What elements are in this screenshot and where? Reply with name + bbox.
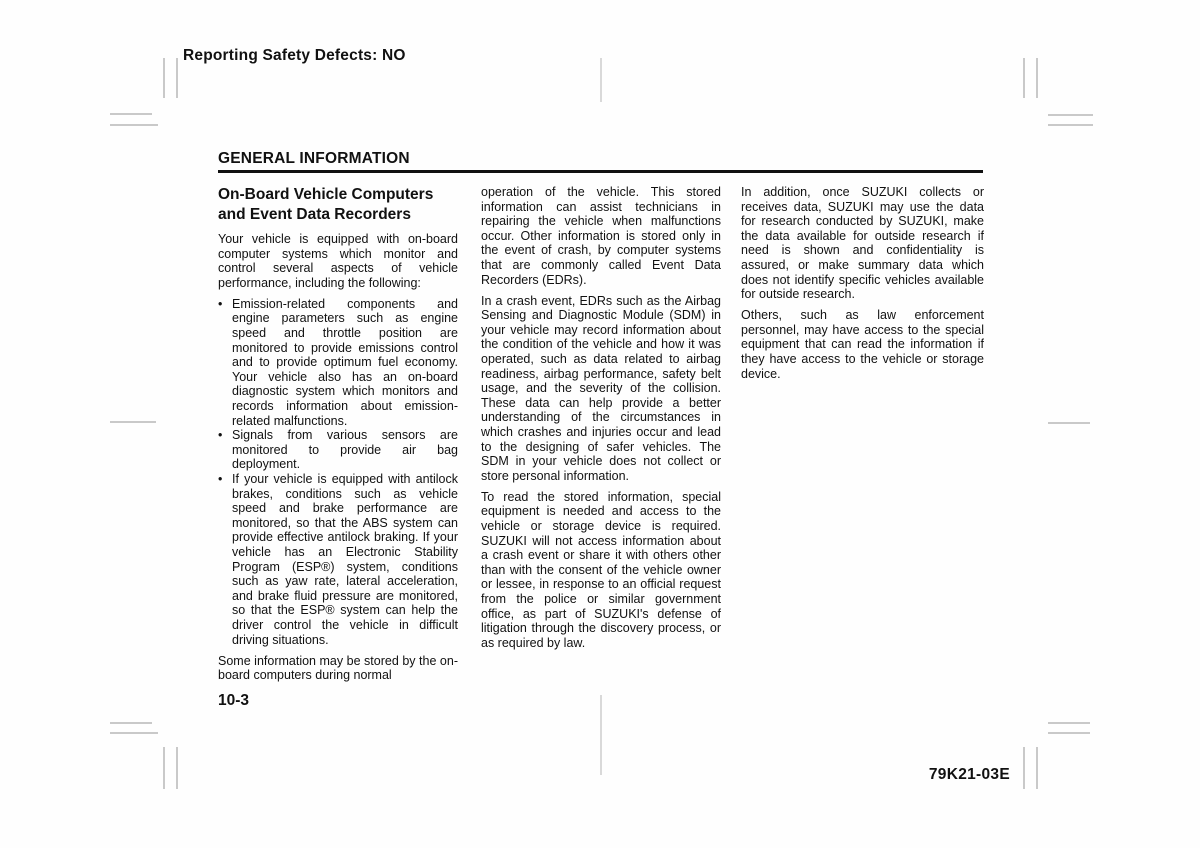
crop-mark-top-left-v1 [163,58,165,98]
column-1: On-Board Vehicle Computers and Event Dat… [218,185,458,683]
crop-mark-bottom-left-h1 [110,722,152,724]
paragraph: Others, such as law enforcement personne… [741,308,984,381]
paragraph: In a crash event, EDRs such as the Airba… [481,294,721,484]
crop-mark-middle-left-h [110,421,156,423]
crop-mark-bottom-right-v1 [1023,747,1025,789]
crop-mark-bottom-right-h1 [1048,722,1090,724]
bullet-marker: • [218,297,232,428]
crop-mark-bottom-left-v2 [176,747,178,789]
column-3: In addition, once SUZUKI collects or rec… [741,185,984,381]
crop-mark-top-right-h2 [1048,124,1093,126]
crop-mark-top-left-h2 [110,124,158,126]
bullet-text: Emission-related components and engine p… [232,297,458,428]
column-2: operation of the vehicle. This stored in… [481,185,721,650]
crop-mark-bottom-left-h2 [110,732,158,734]
crop-mark-top-right-h1 [1048,114,1093,116]
crop-mark-middle-right-h [1048,422,1090,424]
crop-mark-top-left-v2 [176,58,178,98]
crop-mark-top-center-v [600,58,602,102]
bullet-marker: • [218,428,232,472]
paragraph: Your vehicle is equipped with on-board c… [218,232,458,290]
bullet-marker: • [218,472,232,647]
bullet-text: If your vehicle is equipped with antiloc… [232,472,458,647]
article-heading: On-Board Vehicle Computers and Event Dat… [218,185,458,224]
crop-mark-top-right-v2 [1036,58,1038,98]
document-code: 79K21-03E [929,766,1010,784]
bullet-item: • Emission-related components and engine… [218,297,458,428]
crop-mark-bottom-left-v1 [163,747,165,789]
paragraph: In addition, once SUZUKI collects or rec… [741,185,984,302]
crop-mark-top-right-v1 [1023,58,1025,98]
bullet-item: • Signals from various sensors are monit… [218,428,458,472]
page-number: 10-3 [218,692,249,710]
bullet-text: Signals from various sensors are monitor… [232,428,458,472]
running-header: Reporting Safety Defects: NO [183,47,406,65]
crop-mark-top-left-h1 [110,113,152,115]
bullet-list: • Emission-related components and engine… [218,297,458,647]
crop-mark-bottom-right-h2 [1048,732,1090,734]
bullet-item: • If your vehicle is equipped with antil… [218,472,458,647]
paragraph: Some information may be stored by the on… [218,654,458,683]
paragraph: To read the stored information, special … [481,490,721,651]
section-title: GENERAL INFORMATION [218,150,410,168]
crop-mark-bottom-center-v [600,695,602,775]
manual-page: Reporting Safety Defects: NO GENERAL INF… [0,0,1200,848]
crop-mark-bottom-right-v2 [1036,747,1038,789]
paragraph: operation of the vehicle. This stored in… [481,185,721,287]
section-rule [218,170,983,173]
